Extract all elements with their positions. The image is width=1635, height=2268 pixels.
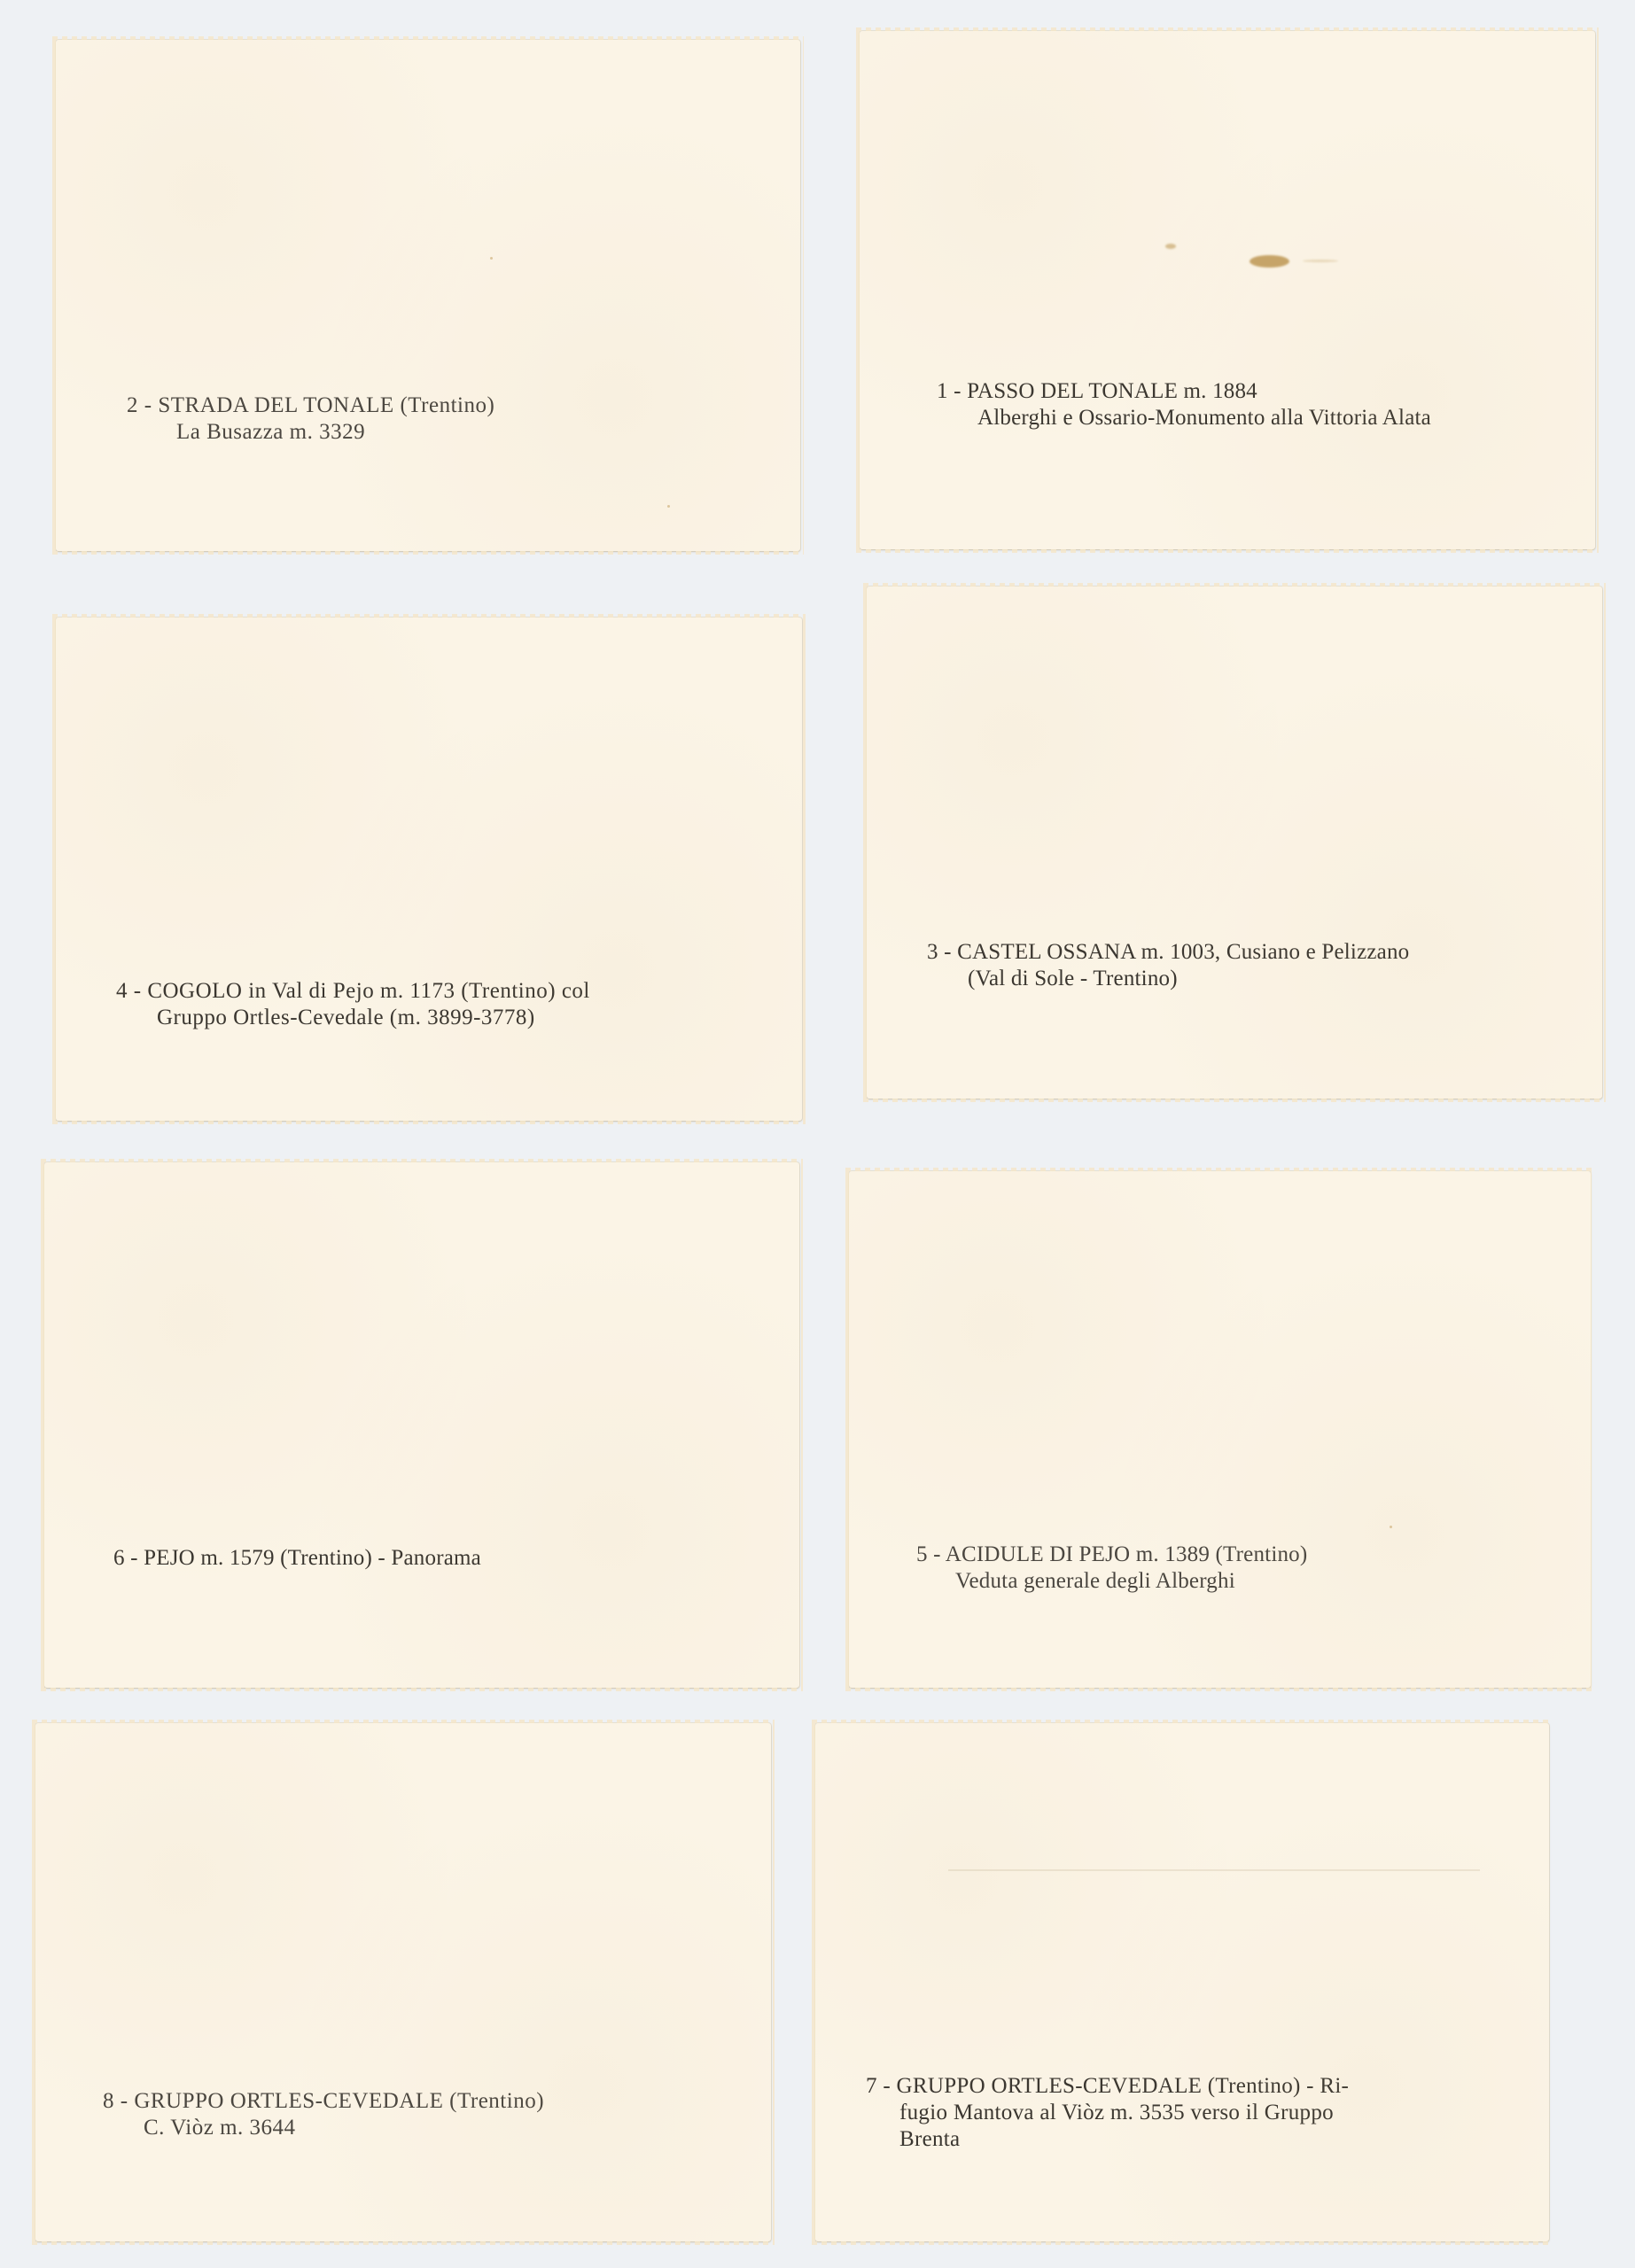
postcard-caption: 6 - PEJO m. 1579 (Trentino) - Panorama	[113, 1545, 481, 1572]
postcard-6: 6 - PEJO m. 1579 (Trentino) - Panorama	[44, 1162, 799, 1688]
postcard-caption: 5 - ACIDULE DI PEJO m. 1389 (Trentino) V…	[916, 1542, 1307, 1595]
postcard-caption: 1 - PASSO DEL TONALE m. 1884 Alberghi e …	[937, 378, 1431, 431]
caption-line-1: 2 - STRADA DEL TONALE (Trentino)	[127, 393, 494, 417]
postcard-caption: 2 - STRADA DEL TONALE (Trentino) La Busa…	[127, 392, 494, 446]
caption-line-1: 8 - GRUPPO ORTLES-CEVEDALE (Trentino)	[103, 2089, 544, 2113]
caption-line-1: 4 - COGOLO in Val di Pejo m. 1173 (Trent…	[116, 979, 590, 1003]
paper-speck	[1390, 1526, 1392, 1528]
foxing-stain	[1165, 244, 1176, 249]
caption-line-1: 3 - CASTEL OSSANA m. 1003, Cusiano e Pel…	[927, 940, 1409, 964]
postcard-7: 7 - GRUPPO ORTLES-CEVEDALE (Trentino) - …	[815, 1723, 1549, 2241]
caption-line-2: C. Viòz m. 3644	[103, 2115, 544, 2141]
caption-line-2: fugio Mantova al Viòz m. 3535 verso il G…	[866, 2100, 1349, 2126]
postcard-5: 5 - ACIDULE DI PEJO m. 1389 (Trentino) V…	[849, 1171, 1591, 1688]
caption-line-2: (Val di Sole - Trentino)	[927, 966, 1409, 992]
faint-crease	[948, 1869, 1480, 1871]
caption-line-2: Gruppo Ortles-Cevedale (m. 3899-3778)	[116, 1005, 590, 1031]
postcard-8: 8 - GRUPPO ORTLES-CEVEDALE (Trentino) C.…	[35, 1723, 771, 2241]
postcard-caption: 7 - GRUPPO ORTLES-CEVEDALE (Trentino) - …	[866, 2073, 1349, 2153]
paper-speck	[490, 257, 493, 260]
caption-line-1: 5 - ACIDULE DI PEJO m. 1389 (Trentino)	[916, 1542, 1307, 1566]
caption-line-1: 6 - PEJO m. 1579 (Trentino) - Panorama	[113, 1546, 481, 1570]
postcard-3: 3 - CASTEL OSSANA m. 1003, Cusiano e Pel…	[867, 586, 1602, 1099]
caption-line-2: Alberghi e Ossario-Monumento alla Vittor…	[937, 405, 1431, 431]
paper-speck	[667, 505, 670, 508]
caption-line-2: La Busazza m. 3329	[127, 419, 494, 446]
caption-line-3: Brenta	[866, 2126, 1349, 2153]
caption-line-2: Veduta generale degli Alberghi	[916, 1568, 1307, 1595]
postcard-2: 2 - STRADA DEL TONALE (Trentino) La Busa…	[56, 40, 800, 551]
foxing-stain	[1303, 260, 1338, 262]
foxing-stain	[1250, 255, 1289, 268]
caption-line-1: 1 - PASSO DEL TONALE m. 1884	[937, 379, 1257, 403]
postcard-1: 1 - PASSO DEL TONALE m. 1884 Alberghi e …	[860, 31, 1595, 549]
postcard-caption: 8 - GRUPPO ORTLES-CEVEDALE (Trentino) C.…	[103, 2088, 544, 2141]
postcard-4: 4 - COGOLO in Val di Pejo m. 1173 (Trent…	[56, 617, 802, 1121]
caption-line-1: 7 - GRUPPO ORTLES-CEVEDALE (Trentino) - …	[866, 2074, 1349, 2098]
postcard-caption: 3 - CASTEL OSSANA m. 1003, Cusiano e Pel…	[927, 939, 1409, 992]
postcard-caption: 4 - COGOLO in Val di Pejo m. 1173 (Trent…	[116, 978, 590, 1031]
